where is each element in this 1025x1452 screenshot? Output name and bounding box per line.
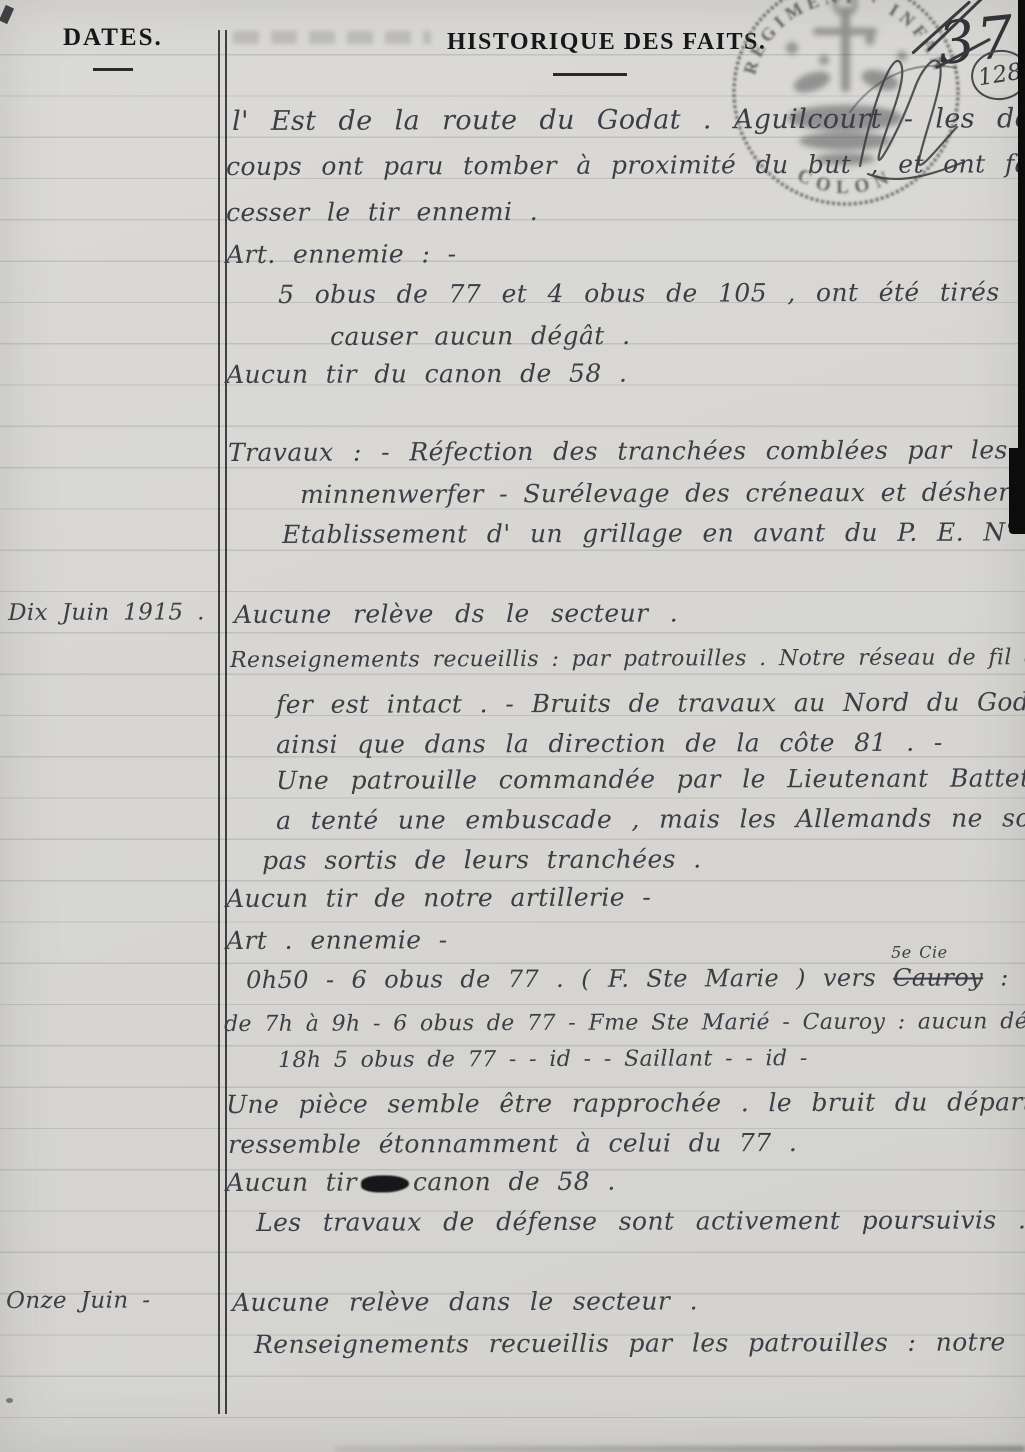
scan-speck [6,1398,13,1403]
journal-line: Une patrouille commandée par le Lieutena… [276,763,1025,795]
journal-line: 0h50 - 6 obus de 77 . ( F. Ste Marie ) v… [246,963,1025,994]
journal-line: a tenté une embuscade , mais les Alleman… [276,803,1025,835]
journal-line: coups ont paru tomber à proximité du but… [226,149,1025,181]
journal-line: Aucun tircanon de 58 . [226,1167,616,1197]
struck-word: Cauroy5e Cie [893,963,983,991]
journal-line: l' Est de la route du Godat . Aguilcourt… [232,103,1025,137]
entry-date: Dix Juin 1915 . [8,599,205,626]
column-divider-rule [218,30,220,1414]
title-underline [553,73,627,76]
journal-page: DATES. HISTORIQUE DES FAITS. RÉGIMENT · [0,0,1025,1452]
ink-blot [361,1175,409,1192]
journal-line: causer aucun dégât . [330,321,630,351]
journal-line: 18h 5 obus de 77 - - id - - Saillant - -… [278,1046,808,1073]
journal-line: fer est intact . - Bruits de travaux au … [276,687,1025,719]
journal-line: Aucun tir de notre artillerie - [226,883,651,913]
scan-border-artifact [1009,448,1025,534]
line-text: 0h50 - 6 obus de 77 . ( F. Ste Marie ) v… [246,964,893,994]
journal-line: Renseignements recueillis : par patrouil… [230,645,1025,673]
folio-number: 128 [976,59,1023,92]
journal-line: cesser le tir ennemi . [226,197,538,227]
dates-header-dash [93,68,133,71]
column-divider-rule [225,30,227,1414]
journal-line: Une pièce semble être rapprochée . le br… [226,1087,1025,1119]
journal-line: 5 obus de 77 et 4 obus de 105 , ont été … [278,277,1025,309]
journal-line: Aucune relève dans le secteur . [232,1286,698,1317]
entry-date: Onze Juin - [6,1287,150,1314]
scan-shadow-artifact [335,1446,1025,1452]
line-text: : aucun dégât [983,963,1025,992]
journal-line: Travaux : - Réfection des tranchées comb… [228,435,1008,467]
journal-line: pas sortis de leurs tranchées . [262,844,702,875]
journal-line: ainsi que dans la direction de la côte 8… [276,728,943,759]
journal-line: Etablissement d' un grillage en avant du… [282,517,1025,549]
journal-line: ressemble étonnamment à celui du 77 . [228,1128,797,1159]
erased-print-smudge [233,31,431,44]
line-text: canon de 58 . [413,1167,616,1197]
journal-line: Aucune relève ds le secteur . [234,598,678,629]
dates-column-header: DATES. [63,24,163,52]
journal-line: minnenwerfer - Surélevage des créneaux e… [300,477,1025,509]
journal-line: Les travaux de défense sont activement p… [256,1205,1025,1237]
scan-speck [0,5,14,24]
journal-line: Art . ennemie - [226,925,448,955]
journal-line: Art. ennemie : - [226,239,457,269]
journal-line: Aucun tir du canon de 58 . [226,359,627,389]
line-text: Aucun tir [226,1168,357,1197]
correction-note: 5e Cie [891,943,948,962]
journal-line: de 7h à 9h - 6 obus de 77 - Fme Ste Mari… [224,1009,1025,1037]
journal-line: Renseignements recueillis par les patrou… [254,1327,1025,1359]
scan-border-artifact [1018,0,1025,448]
